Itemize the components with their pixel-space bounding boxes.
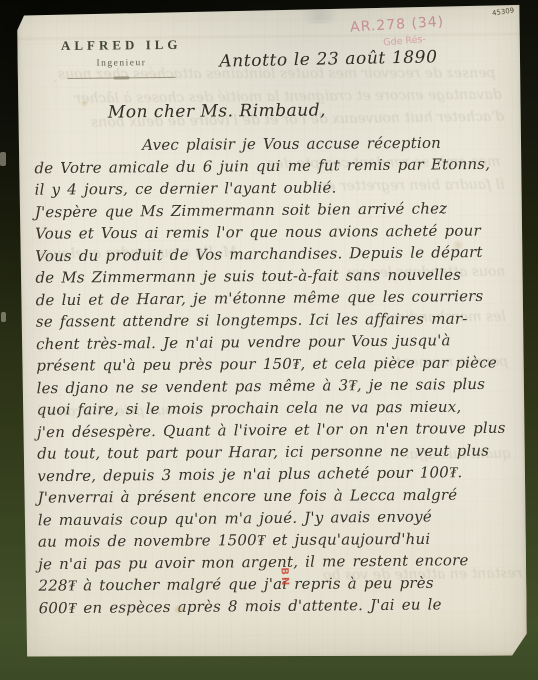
body-line: du tout, tout part pour Harar, ici perso… (37, 439, 513, 464)
body-line: il y 4 jours, ce dernier l'ayant oublié. (35, 175, 511, 200)
body-line: Vous et Vous ai remis l'or que nous avio… (35, 219, 511, 244)
body-line: au mois de novembre 1500₮ et jusqu'aujou… (38, 527, 514, 552)
bleedthrough-layer: pensez de recevoir mes toutes lointaines… (17, 4, 521, 9)
paper-smudge (295, 7, 345, 23)
paper-stain (80, 100, 89, 107)
photo-background: pensez de recevoir mes toutes lointaines… (0, 0, 538, 680)
date-line: Antotto le 23 août 1890 (219, 47, 438, 71)
edge-speck (1, 312, 6, 322)
letterhead: ALFRED ILG Ingenieur (35, 37, 207, 80)
body-line: présent qu'à peu près pour 150₮, et cela… (36, 351, 512, 376)
body-line: J'enverrai à présent encore une fois à L… (38, 483, 514, 508)
letter-body: Avec plaisir je Vous accuse réception de… (34, 131, 515, 620)
letterhead-name: ALFRED ILG (35, 37, 207, 55)
archive-shelfmark-note: Gde Rés- (383, 34, 426, 48)
body-line: 600₮ en espèces après 8 mois d'attente. … (39, 593, 515, 620)
edge-speck (0, 152, 6, 166)
archive-shelfmark: AR.278 (34) (350, 14, 445, 36)
body-line: Avec plaisir je Vous accuse réception (34, 131, 510, 156)
body-line: 228₮ à toucher malgré que j'ai repris à … (38, 571, 514, 596)
letter-paper: pensez de recevoir mes toutes lointaines… (17, 4, 527, 661)
body-line: se fassent attendre si longtemps. Ici le… (36, 307, 512, 332)
bn-library-stamp: BN (278, 567, 290, 587)
letterhead-title: Ingenieur (35, 58, 207, 70)
salutation: Mon cher Ms. Rimbaud, (108, 100, 326, 122)
letterhead-rule (68, 77, 176, 79)
body-line: de Ms Zimmermann je suis tout-à-fait san… (35, 263, 511, 288)
body-line: quoi faire, si le mois prochain cela ne … (37, 395, 513, 420)
